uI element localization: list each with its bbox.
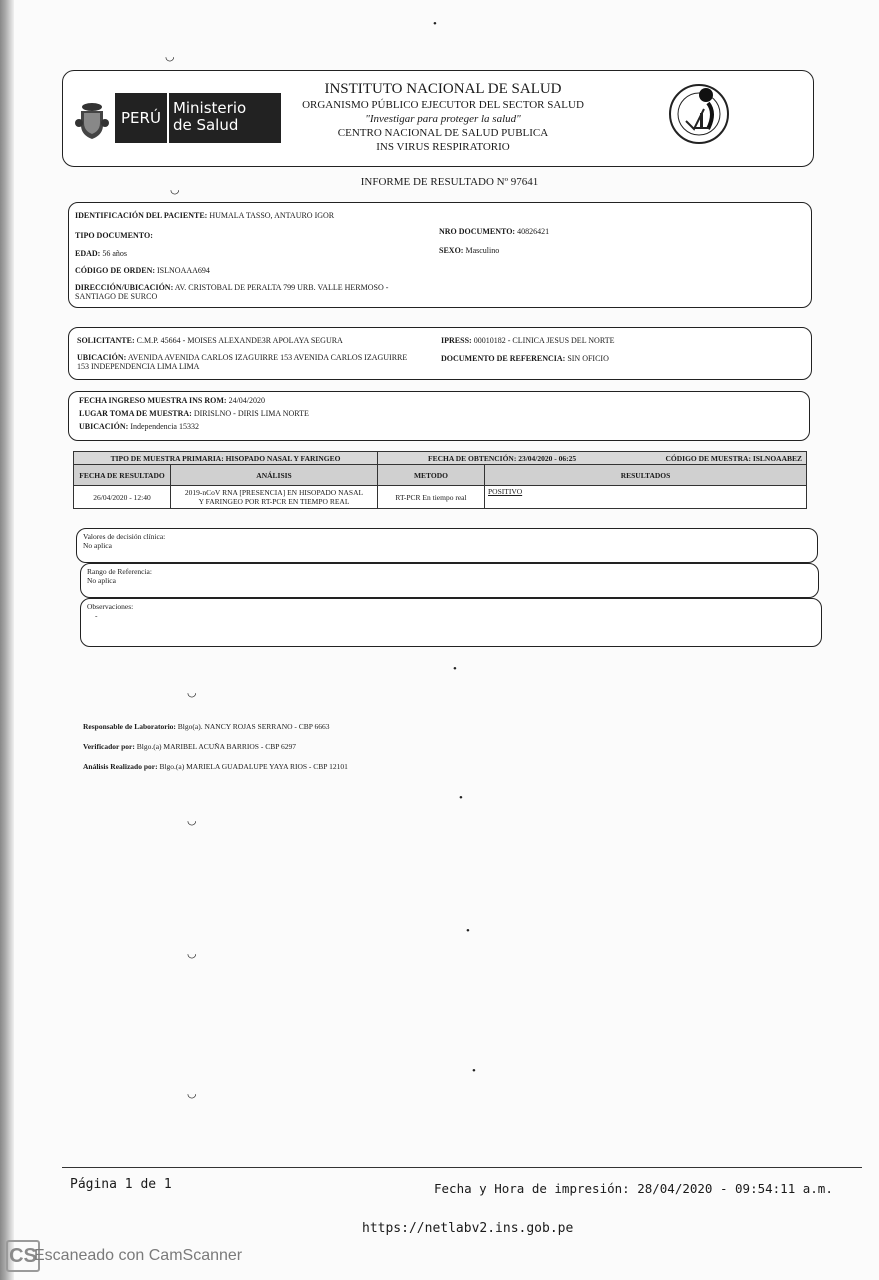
sex-field: SEXO: Masculino xyxy=(439,246,499,255)
page-number: Página 1 de 1 xyxy=(70,1177,172,1192)
scan-speck: • xyxy=(459,792,463,804)
scan-speck: ◡ xyxy=(187,686,197,699)
intake-date-field: FECHA INGRESO MUESTRA INS ROM: 24/04/202… xyxy=(79,396,265,405)
footer-divider xyxy=(62,1167,862,1168)
requester-section: SOLICITANTE: C.M.P. 45664 - MOISES ALEXA… xyxy=(68,327,812,380)
result-value: POSITIVO xyxy=(485,486,807,509)
minsa-logo: PERÚ Ministerio de Salud xyxy=(115,93,281,143)
peru-coat-of-arms-icon xyxy=(75,101,109,141)
scan-page-edge-shadow xyxy=(0,0,14,1280)
patient-info-section: IDENTIFICACIÓN DEL PACIENTE: HUMALA TASS… xyxy=(68,202,812,308)
sample-info-section: FECHA INGRESO MUESTRA INS ROM: 24/04/202… xyxy=(68,391,810,441)
results-table: TIPO DE MUESTRA PRIMARIA: HISOPADO NASAL… xyxy=(73,451,807,509)
order-code-field: CÓDIGO DE ORDEN: ISLNOAAA694 xyxy=(75,266,210,275)
print-datetime: Fecha y Hora de impresión: 28/04/2020 - … xyxy=(434,1181,833,1196)
reference-document-field: DOCUMENTO DE REFERENCIA: SIN OFICIO xyxy=(441,354,609,363)
analyst: Análisis Realizado por: Blgo.(a) MARIELA… xyxy=(83,762,348,771)
scan-speck: • xyxy=(433,18,437,30)
document-header: PERÚ Ministerio de Salud INSTITUTO NACIO… xyxy=(62,70,814,167)
table-header-row: FECHA DE RESULTADO ANÁLISIS METODO RESUL… xyxy=(74,465,807,486)
reference-range-box: Rango de Referencia: No aplica xyxy=(80,563,819,598)
table-row: 26/04/2020 - 12:40 2019-nCoV RNA [PRESEN… xyxy=(74,486,807,509)
sample-type: TIPO DE MUESTRA PRIMARIA: HISOPADO NASAL… xyxy=(74,452,378,465)
footer-url[interactable]: https://netlabv2.ins.gob.pe xyxy=(362,1221,573,1236)
observations-box: Observaciones: - xyxy=(80,598,822,647)
requester-field: SOLICITANTE: C.M.P. 45664 - MOISES ALEXA… xyxy=(77,336,343,345)
scan-speck: ◡ xyxy=(170,183,180,196)
patient-id-field: IDENTIFICACIÓN DEL PACIENTE: HUMALA TASS… xyxy=(75,211,334,220)
institution-block: INSTITUTO NACIONAL DE SALUD ORGANISMO PÚ… xyxy=(283,81,603,154)
verifier: Verificador por: Blgo.(a) MARIBEL ACUÑA … xyxy=(83,742,296,751)
scan-speck: ◡ xyxy=(165,50,175,63)
method: RT-PCR En tiempo real xyxy=(378,486,485,509)
sample-code: CÓDIGO DE MUESTRA: ISLNOAABEZ xyxy=(666,454,802,463)
scan-speck: • xyxy=(472,1065,476,1077)
center-name: CENTRO NACIONAL DE SALUD PUBLICA xyxy=(283,126,603,140)
analysis-name: 2019-nCoV RNA [PRESENCIA] EN HISOPADO NA… xyxy=(171,486,378,509)
unit-name: INS VIRUS RESPIRATORIO xyxy=(283,140,603,154)
scan-speck: ◡ xyxy=(187,947,197,960)
camscanner-watermark: CS Escaneado con CamScanner xyxy=(6,1240,242,1272)
ins-seal-icon xyxy=(668,83,730,145)
patient-name: HUMALA TASSO, ANTAURO IGOR xyxy=(209,211,334,220)
scan-speck: ◡ xyxy=(187,814,197,827)
organism-name: ORGANISMO PÚBLICO EJECUTOR DEL SECTOR SA… xyxy=(283,98,603,112)
collection-place-field: LUGAR TOMA DE MUESTRA: DIRISLNO - DIRIS … xyxy=(79,409,309,418)
report-title: INFORME DE RESULTADO Nº 97641 xyxy=(0,176,879,188)
scan-speck: • xyxy=(453,663,457,675)
camscanner-text: Escaneado con CamScanner xyxy=(34,1247,242,1265)
scan-speck: ◡ xyxy=(187,1087,197,1100)
doc-type-field: TIPO DOCUMENTO: xyxy=(75,231,153,240)
col-analysis: ANÁLISIS xyxy=(171,465,378,486)
obtained-date: FECHA DE OBTENCIÓN: 23/04/2020 - 06:25 xyxy=(428,454,576,463)
requester-location-field: UBICACIÓN: AVENIDA AVENIDA CARLOS IZAGUI… xyxy=(77,353,407,371)
institute-motto: "Investigar para proteger la salud" xyxy=(283,112,603,126)
col-method: METODO xyxy=(378,465,485,486)
doc-number-field: NRO DOCUMENTO: 40826421 xyxy=(439,227,549,236)
age-field: EDAD: 56 años xyxy=(75,249,127,258)
col-result-date: FECHA DE RESULTADO xyxy=(74,465,171,486)
lab-responsible: Responsable de Laboratorio: Blgo(a). NAN… xyxy=(83,722,330,731)
logo-country: PERÚ xyxy=(115,93,167,143)
ipress-field: IPRESS: 00010182 - CLINICA JESUS DEL NOR… xyxy=(441,336,614,345)
col-results: RESULTADOS xyxy=(485,465,807,486)
sample-summary-row: TIPO DE MUESTRA PRIMARIA: HISOPADO NASAL… xyxy=(74,452,807,465)
sample-location-field: UBICACIÓN: Independencia 15332 xyxy=(79,422,199,431)
institute-name: INSTITUTO NACIONAL DE SALUD xyxy=(283,81,603,98)
clinical-decision-values-box: Valores de decisión clínica: No aplica xyxy=(76,528,818,563)
logo-ministry: Ministerio de Salud xyxy=(169,93,281,143)
address-field: DIRECCIÓN/UBICACIÓN: AV. CRISTOBAL DE PE… xyxy=(75,283,388,301)
scan-speck: • xyxy=(466,925,470,937)
result-date: 26/04/2020 - 12:40 xyxy=(74,486,171,509)
